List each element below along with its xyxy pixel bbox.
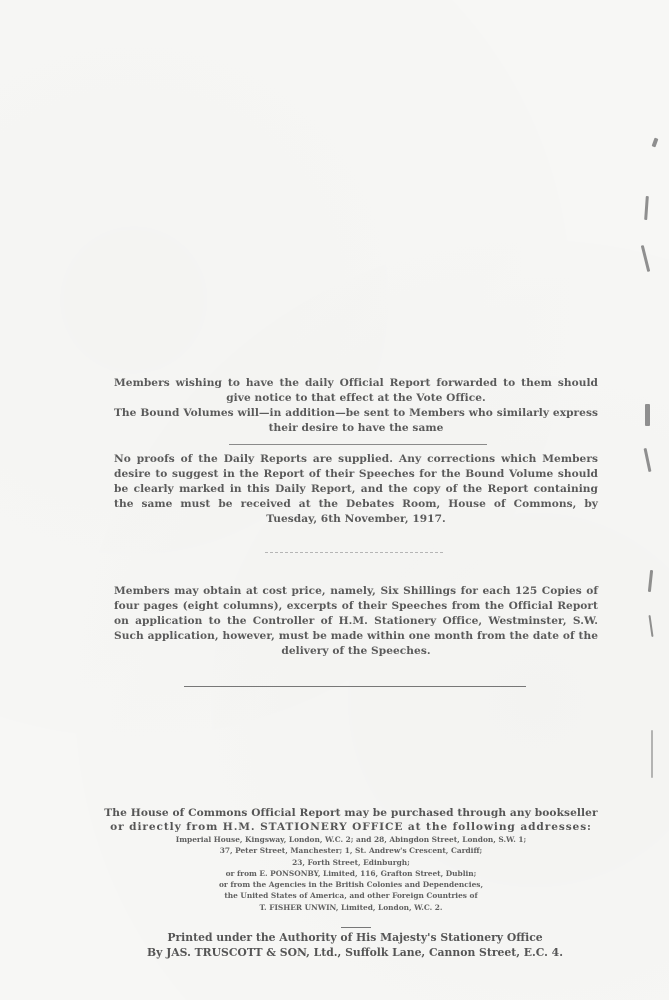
- printer-imprint: Printed under the Authority of His Majes…: [120, 930, 590, 960]
- vote-office-notice: Members wishing to have the daily Offici…: [114, 376, 598, 436]
- address-line: 23, Forth Street, Edinburgh;: [100, 857, 602, 868]
- binding-mark: [644, 196, 649, 220]
- address-line: or from the Agencies in the British Colo…: [100, 879, 602, 890]
- purchase-information: The House of Commons Official Report may…: [100, 806, 602, 913]
- purchase-line-1: The House of Commons Official Report may…: [100, 806, 602, 820]
- address-line: or from E. PONSONBY, Limited, 116, Graft…: [100, 868, 602, 879]
- address-line: Imperial House, Kingsway, London, W.C. 2…: [100, 834, 602, 845]
- address-line: 37, Peter Street, Manchester; 1, St. And…: [100, 845, 602, 856]
- address-line: T. FISHER UNWIN, Limited, London, W.C. 2…: [100, 902, 602, 913]
- binding-mark: [651, 730, 653, 778]
- binding-mark: [645, 404, 650, 426]
- binding-mark: [644, 448, 652, 472]
- binding-mark: [648, 570, 653, 592]
- imprint-line-1: Printed under the Authority of His Majes…: [120, 930, 590, 945]
- notice-bound-volumes-text: The Bound Volumes will—in addition—be se…: [114, 406, 598, 436]
- corrections-notice: No proofs of the Daily Reports are suppl…: [114, 452, 598, 527]
- binding-mark: [648, 615, 653, 637]
- divider-rule: [341, 927, 371, 928]
- binding-mark: [641, 245, 650, 272]
- binding-mark: [652, 138, 659, 148]
- excerpts-notice: Members may obtain at cost price, namely…: [114, 584, 598, 659]
- divider-rule: [265, 552, 443, 553]
- imprint-line-2: By JAS. TRUSCOTT & SON, Ltd., Suffolk La…: [120, 945, 590, 960]
- divider-rule: [184, 686, 526, 687]
- purchase-line-2: or directly from H.M. STATIONERY OFFICE …: [100, 820, 602, 834]
- divider-rule: [229, 444, 487, 445]
- address-line: the United States of America, and other …: [100, 890, 602, 901]
- notice-forwarding-text: Members wishing to have the daily Offici…: [114, 376, 598, 406]
